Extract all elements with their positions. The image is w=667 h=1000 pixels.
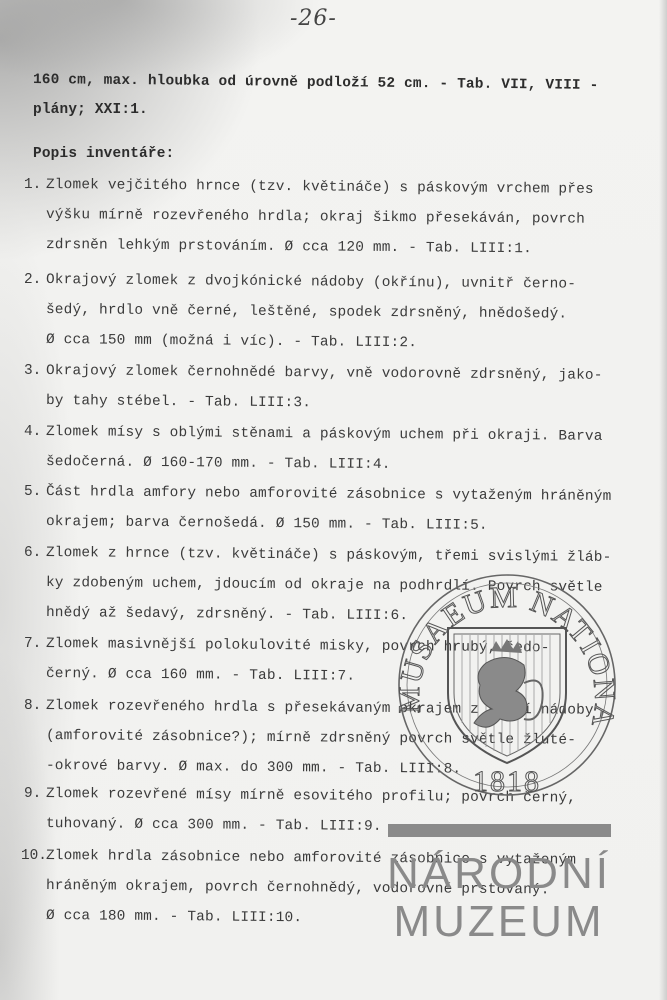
logo-text-narodni: NÁRODNÍ xyxy=(384,852,614,896)
section-heading: Popis inventáře: xyxy=(33,146,174,162)
page-edge-shadow xyxy=(659,0,667,1000)
item-number: 7. xyxy=(24,636,41,652)
item-line: černý. Ø cca 160 mm. - Tab. LIII:7. xyxy=(46,666,355,685)
item-line: šedočerná. Ø 160-170 mm. - Tab. LIII:4. xyxy=(46,454,391,473)
item-line: Ø cca 150 mm (možná i víc). - Tab. LIII:… xyxy=(46,332,417,351)
lion-coat-of-arms-icon: MUSAEUM NATIONALE 1818 xyxy=(396,573,618,798)
item-number: 3. xyxy=(24,363,41,379)
item-number: 9. xyxy=(24,786,41,802)
item-number: 1. xyxy=(24,177,41,193)
museum-stamp: MUSAEUM NATIONALE 1818 xyxy=(396,573,618,798)
item-line: hnědý až šedavý, zdrsněný. - Tab. LIII:6… xyxy=(46,605,408,624)
item-number: 10. xyxy=(21,848,47,864)
item-line: by tahy stébel. - Tab. LIII:3. xyxy=(46,393,311,411)
item-number: 2. xyxy=(24,272,41,288)
svg-text:1818: 1818 xyxy=(473,765,541,798)
logo-text-muzeum: MUZEUM xyxy=(384,900,614,944)
item-number: 5. xyxy=(24,484,41,500)
logo-bar xyxy=(388,824,611,837)
item-number: 4. xyxy=(24,424,41,440)
item-line: Ø cca 180 mm. - Tab. LIII:10. xyxy=(46,908,302,926)
item-number: 6. xyxy=(24,545,41,561)
intro-line-2: plány; XXI:1. xyxy=(33,102,148,118)
page-number: -26- xyxy=(290,6,337,31)
item-line: tuhovaný. Ø cca 300 mm. - Tab. LIII:9. xyxy=(46,816,382,835)
item-number: 8. xyxy=(24,698,41,714)
